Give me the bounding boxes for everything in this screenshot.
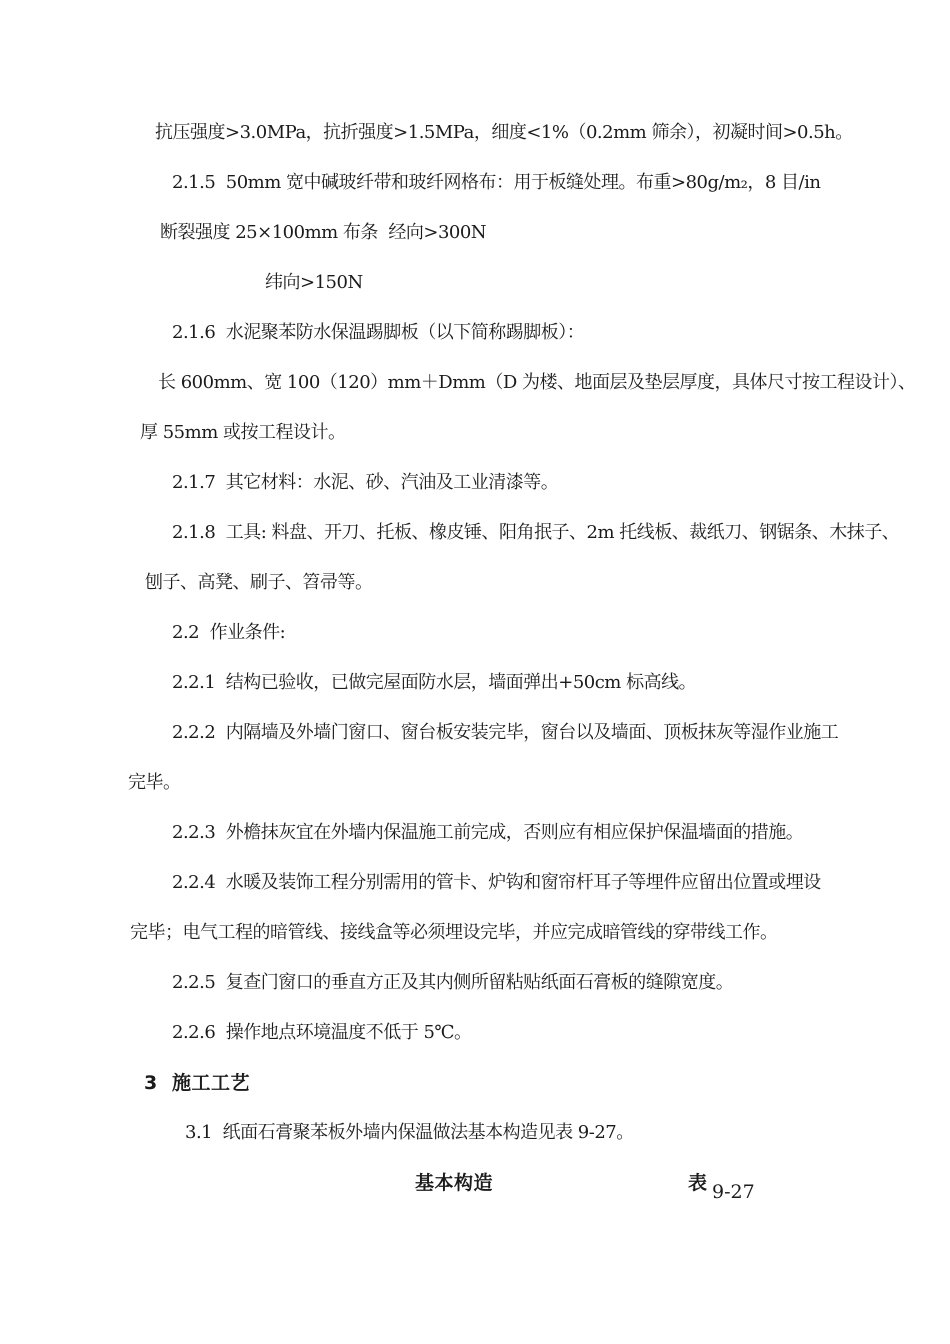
- text-line-17: 完毕；电气工程的暗管线、接线盒等必须埋设完毕，并应完成暗管线的穿带线工作。: [130, 908, 778, 958]
- text-line-2: 2.1.5 50mm 宽中碱玻纤带和玻纤网格布：用于板缝处理。布重>80g/m₂…: [172, 158, 820, 208]
- text-line-19: 2.2.6 操作地点环境温度不低于 5℃。: [172, 1008, 472, 1058]
- table-caption-number: 9-27: [712, 1167, 755, 1217]
- text-line-10: 刨子、高凳、刷子、笤帚等。: [145, 558, 373, 608]
- table-caption-label: 表: [688, 1158, 707, 1208]
- text-line-21: 3.1 纸面石膏聚苯板外墙内保温做法基本构造见表 9-27。: [185, 1108, 634, 1158]
- text-line-13: 2.2.2 内隔墙及外墙门窗口、窗台板安装完毕，窗台以及墙面、顶板抹灰等湿作业施…: [172, 708, 838, 758]
- text-line-1: 抗压强度>3.0MPa，抗折强度>1.5MPa，细度<1%（0.2mm 筛余），…: [155, 108, 853, 158]
- text-line-16: 2.2.4 水暖及装饰工程分别需用的管卡、炉钩和窗帘杆耳子等埋件应留出位置或埋设: [172, 858, 821, 908]
- document-page: 抗压强度>3.0MPa，抗折强度>1.5MPa，细度<1%（0.2mm 筛余），…: [0, 0, 950, 1344]
- text-line-7: 厚 55mm 或按工程设计。: [140, 408, 345, 458]
- text-line-14: 完毕。: [128, 758, 181, 808]
- text-line-3: 断裂强度 25×100mm 布条 经向>300N: [160, 208, 486, 258]
- text-line-4: 纬向>150N: [265, 258, 363, 308]
- text-line-8: 2.1.7 其它材料：水泥、砂、汽油及工业清漆等。: [172, 458, 558, 508]
- text-line-20: 3 施工工艺: [144, 1058, 250, 1108]
- table-caption: 基本构造 表 9-27: [0, 1158, 950, 1208]
- text-line-6: 长 600mm、宽 100（120）mm＋Dmm（D 为楼、地面层及垫层厚度，具…: [158, 358, 916, 408]
- table-caption-title: 基本构造: [415, 1158, 493, 1208]
- text-line-5: 2.1.6 水泥聚苯防水保温踢脚板（以下简称踢脚板）：: [172, 308, 584, 358]
- text-line-18: 2.2.5 复查门窗口的垂直方正及其内侧所留粘贴纸面石膏板的缝隙宽度。: [172, 958, 733, 1008]
- text-line-11: 2.2 作业条件:: [172, 608, 285, 658]
- text-line-9: 2.1.8 工具: 料盘、开刀、托板、橡皮锤、阳角抿子、2m 托线板、裁纸刀、钢…: [172, 508, 899, 558]
- text-line-15: 2.2.3 外檐抹灰宜在外墙内保温施工前完成，否则应有相应保护保温墙面的措施。: [172, 808, 803, 858]
- text-line-12: 2.2.1 结构已验收，已做完屋面防水层，墙面弹出+50cm 标高线。: [172, 658, 696, 708]
